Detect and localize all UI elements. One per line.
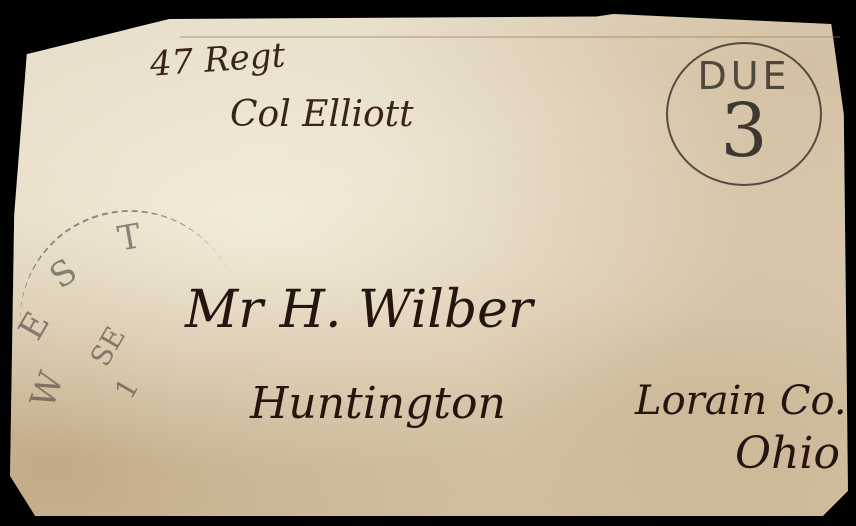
due-amount: 3	[668, 88, 820, 174]
addressee-name: Mr H. Wilber	[185, 280, 533, 340]
officer-note: Col Elliott	[230, 94, 414, 135]
address-state: Ohio	[735, 428, 840, 479]
address-town: Huntington	[250, 378, 506, 429]
address-county: Lorain Co.	[635, 378, 847, 424]
due-postage-stamp: DUE 3	[666, 42, 822, 186]
